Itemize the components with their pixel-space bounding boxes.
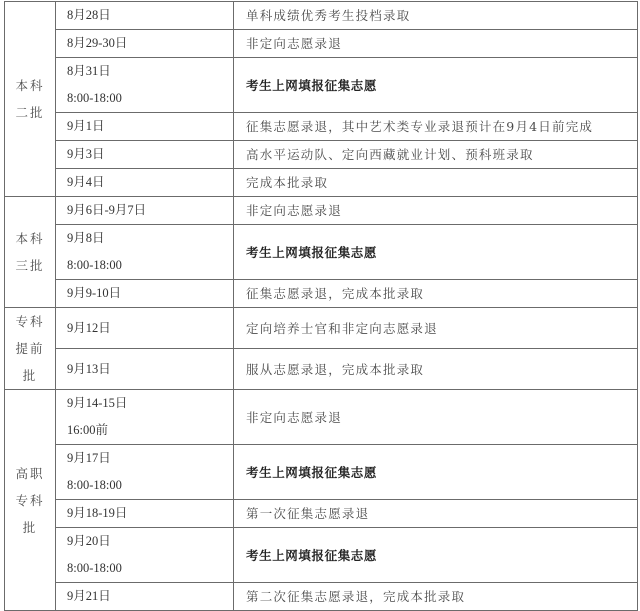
description-cell: 单科成绩优秀考生投档录取 [234,2,638,30]
table-row: 9月17日 8:00-18:00 考生上网填报征集志愿 [5,445,638,500]
batch-label-line: 三批 [5,252,55,279]
description-cell: 非定向志愿录退 [234,197,638,225]
batch-label-line: 高职 [5,460,55,487]
description-cell: 征集志愿录退，完成本批录取 [234,280,638,308]
date-cell: 9月14-15日 16:00前 [56,390,234,445]
description-cell: 征集志愿录退，其中艺术类专业录退预计在9月4日前完成 [234,113,638,141]
date-cell: 9月17日 8:00-18:00 [56,445,234,500]
date-cell: 9月3日 [56,141,234,169]
date-cell: 8月29-30日 [56,30,234,58]
admission-schedule-table: 本科 二批 8月28日 单科成绩优秀考生投档录取 8月29-30日 非定向志愿录… [4,1,638,611]
table-row: 8月29-30日 非定向志愿录退 [5,30,638,58]
description-cell-highlight: 考生上网填报征集志愿 [234,445,638,500]
table-row: 9月1日 征集志愿录退，其中艺术类专业录退预计在9月4日前完成 [5,113,638,141]
batch-label-line: 批 [5,514,55,541]
table-row: 本科 三批 9月6日-9月7日 非定向志愿录退 [5,197,638,225]
time-line: 8:00-18:00 [67,555,233,582]
batch-label-line: 批 [5,362,55,389]
table-row: 9月21日 第二次征集志愿录退，完成本批录取 [5,583,638,611]
batch-label-line: 专科 [5,487,55,514]
date-line: 9月17日 [67,445,233,472]
batch-label-line: 本科 [5,72,55,99]
description-cell: 第二次征集志愿录退，完成本批录取 [234,583,638,611]
description-cell: 完成本批录取 [234,169,638,197]
date-cell: 9月12日 [56,308,234,349]
date-line: 9月20日 [67,528,233,555]
table-row: 9月13日 服从志愿录退，完成本批录取 [5,349,638,390]
description-cell-highlight: 考生上网填报征集志愿 [234,225,638,280]
date-line: 8月31日 [67,58,233,85]
description-cell: 第一次征集志愿录退 [234,500,638,528]
table-row: 9月3日 高水平运动队、定向西藏就业计划、预科班录取 [5,141,638,169]
time-line: 8:00-18:00 [67,472,233,499]
time-line: 16:00前 [67,417,233,444]
batch-label-line: 提前 [5,335,55,362]
date-cell: 9月1日 [56,113,234,141]
date-cell: 9月9-10日 [56,280,234,308]
date-cell: 9月6日-9月7日 [56,197,234,225]
table-row: 9月8日 8:00-18:00 考生上网填报征集志愿 [5,225,638,280]
batch-label-line: 本科 [5,225,55,252]
date-cell: 9月4日 [56,169,234,197]
date-cell: 9月21日 [56,583,234,611]
time-line: 8:00-18:00 [67,252,233,279]
description-cell: 服从志愿录退，完成本批录取 [234,349,638,390]
date-cell: 9月20日 8:00-18:00 [56,528,234,583]
date-cell: 8月28日 [56,2,234,30]
date-cell: 9月18-19日 [56,500,234,528]
description-cell: 定向培养士官和非定向志愿录退 [234,308,638,349]
date-cell: 9月8日 8:00-18:00 [56,225,234,280]
table-row: 专科 提前 批 9月12日 定向培养士官和非定向志愿录退 [5,308,638,349]
date-line: 9月8日 [67,225,233,252]
description-cell-highlight: 考生上网填报征集志愿 [234,58,638,113]
batch-cell-benke-sanpi: 本科 三批 [5,197,56,308]
batch-cell-gaozhi-zhuankepi: 高职 专科 批 [5,390,56,611]
batch-cell-zhuanke-tiqianpi: 专科 提前 批 [5,308,56,390]
table-row: 8月31日 8:00-18:00 考生上网填报征集志愿 [5,58,638,113]
table-row: 本科 二批 8月28日 单科成绩优秀考生投档录取 [5,2,638,30]
table-row: 9月18-19日 第一次征集志愿录退 [5,500,638,528]
table-row: 高职 专科 批 9月14-15日 16:00前 非定向志愿录退 [5,390,638,445]
table-row: 9月9-10日 征集志愿录退，完成本批录取 [5,280,638,308]
description-cell: 高水平运动队、定向西藏就业计划、预科班录取 [234,141,638,169]
batch-label-line: 二批 [5,99,55,126]
date-cell: 9月13日 [56,349,234,390]
batch-label-line: 专科 [5,308,55,335]
batch-cell-benke-erpi: 本科 二批 [5,2,56,197]
description-cell-highlight: 考生上网填报征集志愿 [234,528,638,583]
table-row: 9月20日 8:00-18:00 考生上网填报征集志愿 [5,528,638,583]
time-line: 8:00-18:00 [67,85,233,112]
description-cell: 非定向志愿录退 [234,390,638,445]
date-cell: 8月31日 8:00-18:00 [56,58,234,113]
date-line: 9月14-15日 [67,390,233,417]
description-cell: 非定向志愿录退 [234,30,638,58]
table-row: 9月4日 完成本批录取 [5,169,638,197]
